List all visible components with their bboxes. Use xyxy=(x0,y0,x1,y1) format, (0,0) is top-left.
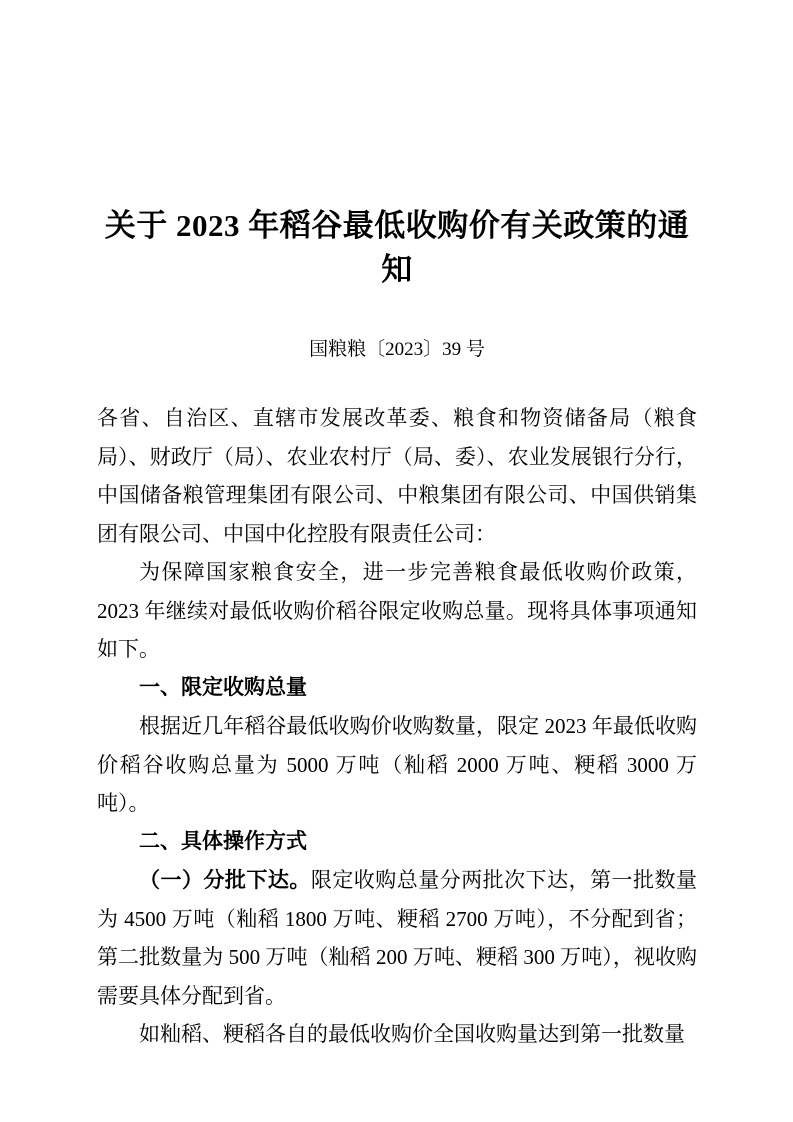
document-title: 关于 2023 年稻谷最低收购价有关政策的通知 xyxy=(97,204,697,292)
section-1-paragraph: 根据近几年稻谷最低收购价收购数量，限定 2023 年最低收购价稻谷收购总量为 5… xyxy=(97,707,697,823)
section-2-item-1: （一）分批下达。限定收购总量分两批次下达，第一批数量为 4500 万吨（籼稻 1… xyxy=(97,861,697,1015)
section-2-item-2-partial-line: 如籼稻、粳稻各自的最低收购价全国收购量达到第一批数量 xyxy=(97,1015,697,1054)
document-number: 国粮粮〔2023〕39 号 xyxy=(97,335,697,365)
section-1-heading: 一、限定收购总量 xyxy=(97,669,697,708)
salutation-paragraph: 各省、自治区、直辖市发展改革委、粮食和物资储备局（粮食局）、财政厅（局）、农业农… xyxy=(97,399,697,553)
document-page: 关于 2023 年稻谷最低收购价有关政策的通知 国粮粮〔2023〕39 号 各省… xyxy=(0,0,793,1122)
item-1-lead-label: （一）分批下达。 xyxy=(139,868,311,892)
document-body: 各省、自治区、直辖市发展改革委、粮食和物资储备局（粮食局）、财政厅（局）、农业农… xyxy=(97,399,697,1054)
section-2-heading: 二、具体操作方式 xyxy=(97,823,697,862)
intro-paragraph: 为保障国家粮食安全，进一步完善粮食最低收购价政策，2023 年继续对最低收购价稻… xyxy=(97,553,697,669)
